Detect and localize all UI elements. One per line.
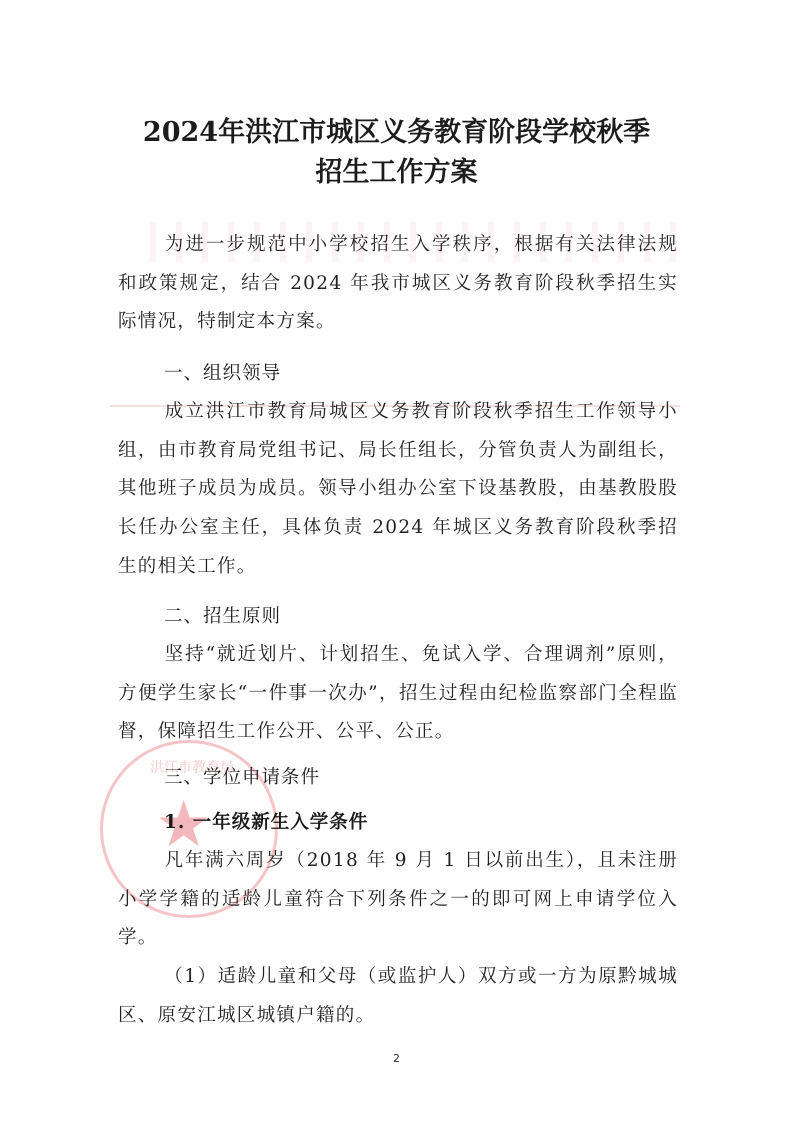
- section-heading-eligibility: 三、学位申请条件: [164, 763, 320, 789]
- condition-item-1: （1）适龄儿童和父母（或监护人）双方或一方为原黔城城区、原安江城区城镇户籍的。: [118, 958, 678, 1035]
- document-page: 2024年洪江市城区义务教育阶段学校秋季 招生工作方案 为进一步规范中小学校招生…: [0, 0, 793, 1121]
- first-grade-text: 凡年满六周岁（2018 年 9 月 1 日以前出生），且未注册小学学籍的适龄儿童…: [118, 850, 678, 948]
- section-heading-organization: 一、组织领导: [164, 359, 281, 385]
- condition-item-1-text: （1）适龄儿童和父母（或监护人）双方或一方为原黔城城区、原安江城区城镇户籍的。: [118, 966, 678, 1026]
- subsection-heading-first-grade: 1. 一年级新生入学条件: [164, 808, 368, 834]
- document-title-line2: 招生工作方案: [0, 150, 793, 189]
- first-grade-paragraph: 凡年满六周岁（2018 年 9 月 1 日以前出生），且未注册小学学籍的适龄儿童…: [118, 842, 678, 958]
- page-number: 2: [0, 1052, 793, 1065]
- intro-paragraph: 为进一步规范中小学校招生入学秩序，根据有关法律法规和政策规定，结合 2024 年…: [118, 226, 678, 342]
- principles-text: 坚持“就近划片、计划招生、免试入学、合理调剂”原则，方便学生家长“一件事一次办”…: [118, 644, 678, 742]
- document-title-line1: 2024年洪江市城区义务教育阶段学校秋季: [0, 110, 793, 149]
- principles-paragraph: 坚持“就近划片、计划招生、免试入学、合理调剂”原则，方便学生家长“一件事一次办”…: [118, 636, 678, 752]
- section-heading-principles: 二、招生原则: [164, 602, 281, 628]
- organization-paragraph: 成立洪江市教育局城区义务教育阶段秋季招生工作领导小组，由市教育局党组书记、局长任…: [118, 393, 678, 587]
- organization-text: 成立洪江市教育局城区义务教育阶段秋季招生工作领导小组，由市教育局党组书记、局长任…: [118, 401, 678, 577]
- intro-text: 为进一步规范中小学校招生入学秩序，根据有关法律法规和政策规定，结合 2024 年…: [118, 234, 678, 332]
